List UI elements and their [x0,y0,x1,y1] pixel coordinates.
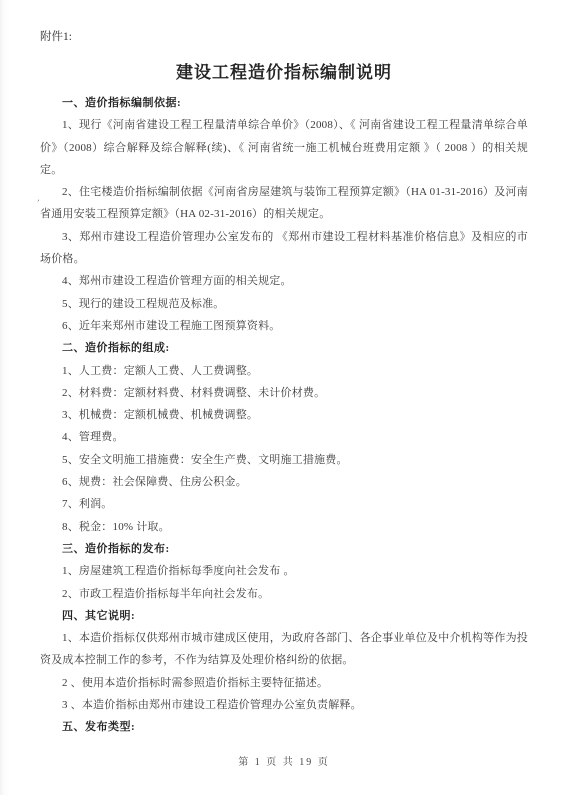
paragraph: 1、现行《河南省建设工程工程量清单综合单价》（2008）、《 河南省建设工程工程… [40,114,528,181]
section-heading-release-types: 五、发布类型: [40,716,528,738]
paragraph: 2、材料费：定额材料费、材料费调整、未计价材费。 [40,382,528,404]
paragraph: 5、现行的建设工程规范及标准。 [40,293,528,315]
paragraph: 2、住宅楼造价指标编制依据《河南省房屋建筑与装饰工程预算定额》（HA 01-31… [40,181,528,226]
page-number: 第 1 页 共 19 页 [0,753,568,768]
section-heading-release: 三、造价指标的发布: [40,538,528,560]
paragraph: 7、利润。 [40,493,528,515]
paragraph: 3、郑州市建设工程造价管理办公室发布的 《郑州市建设工程材料基准价格信息》及相应… [40,226,528,271]
paragraph: 6、规费：社会保障费、住房公积金。 [40,471,528,493]
page-title: 建设工程造价指标编制说明 [0,58,568,83]
paragraph: 6、近年来郑州市建设工程施工图预算资料。 [40,315,528,337]
paragraph: 5、安全文明施工措施费：安全生产费、文明施工措施费。 [40,449,528,471]
paragraph: 1、人工费：定额人工费、人工费调整。 [40,360,528,382]
paragraph: 1、本造价指标仅供郑州市城市建成区使用，为政府各部门、各企事业单位及中介机构等作… [40,627,528,672]
paragraph: 4、管理费。 [40,426,528,448]
paragraph: 2、市政工程造价指标每半年向社会发布。 [40,583,528,605]
paragraph: 2 、使用本造价指标时需参照造价指标主要特征描述。 [40,672,528,694]
section-heading-composition: 二、造价指标的组成: [40,337,528,359]
document-page: 附件1: 建设工程造价指标编制说明 一、造价指标编制依据: 1、现行《河南省建设… [0,0,568,795]
attachment-label: 附件1: [40,28,72,44]
section-heading-basis: 一、造价指标编制依据: [40,92,528,114]
document-body: 一、造价指标编制依据: 1、现行《河南省建设工程工程量清单综合单价》（2008）… [40,92,528,739]
paragraph: 4、郑州市建设工程造价管理方面的相关规定。 [40,270,528,292]
section-heading-other-notes: 四、其它说明: [40,605,528,627]
paragraph: 3、机械费：定额机械费、机械费调整。 [40,404,528,426]
paragraph: 3 、本造价指标由郑州市建设工程造价管理办公室负责解释。 [40,694,528,716]
paragraph: 1、房屋建筑工程造价指标每季度向社会发布 。 [40,560,528,582]
paragraph: 8、税金：10% 计取。 [40,516,528,538]
